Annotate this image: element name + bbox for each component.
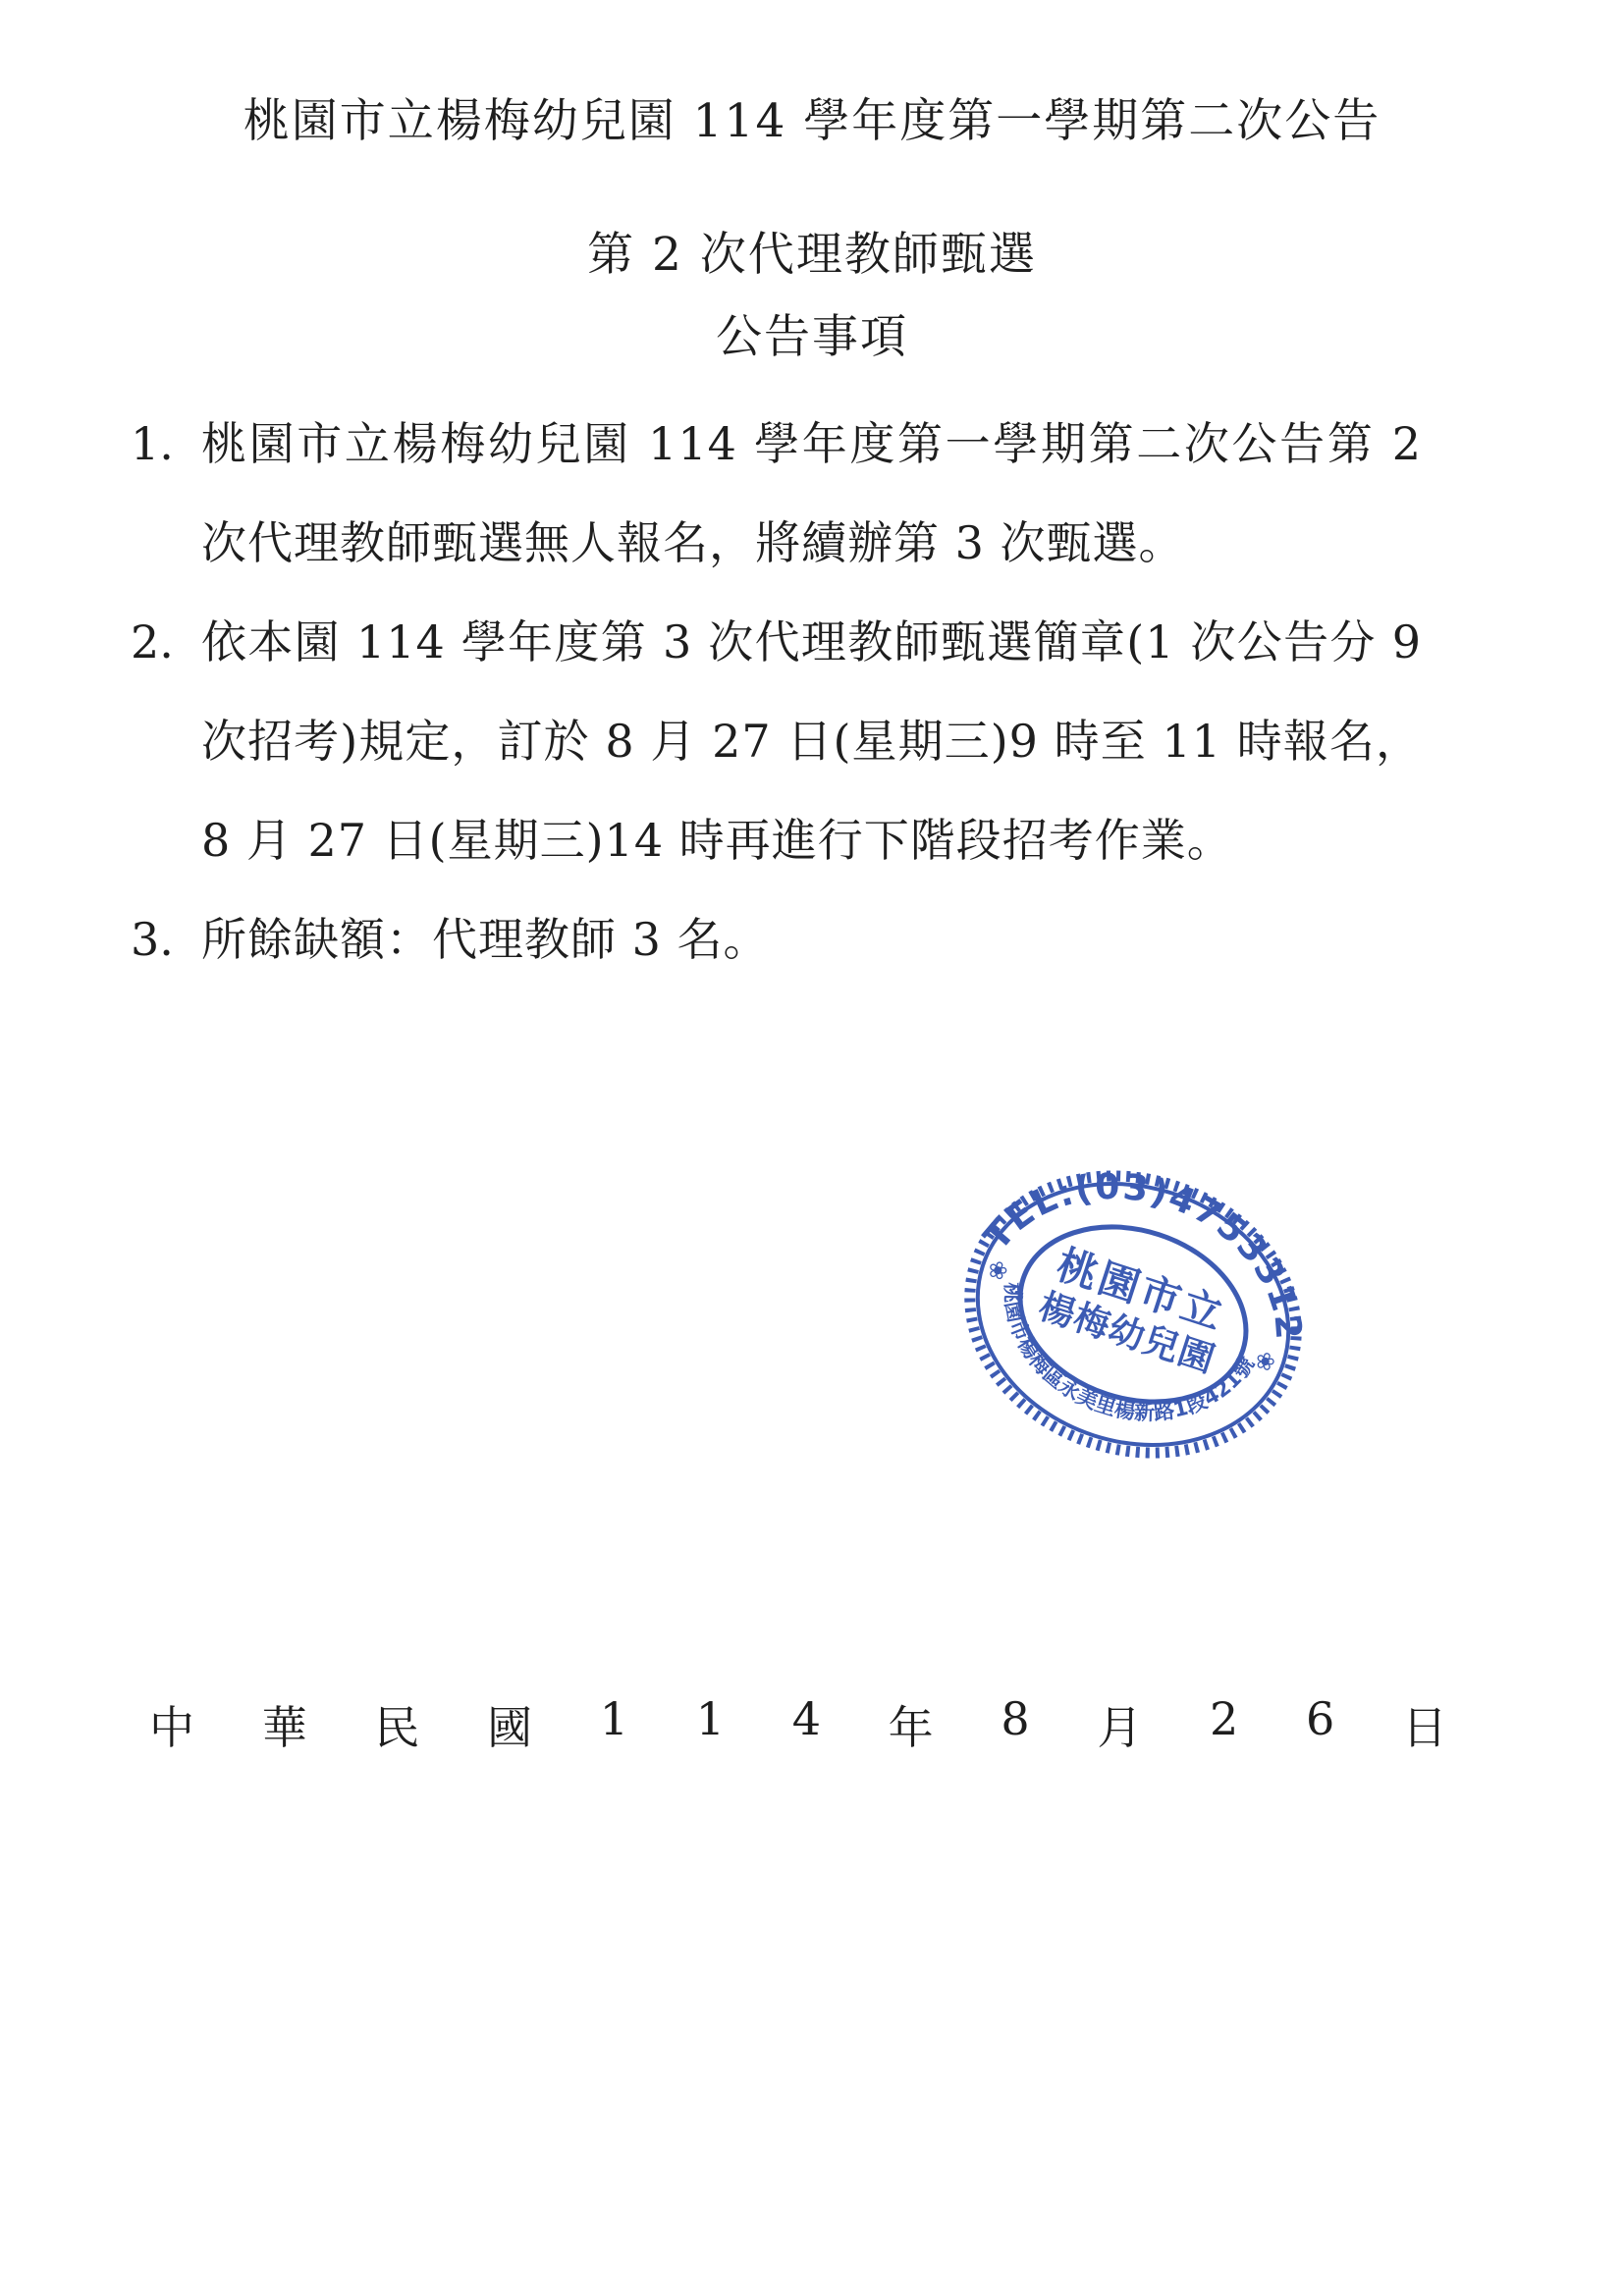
item-number: 3. [131, 890, 201, 989]
date-char: 月 [1097, 1692, 1142, 1757]
date-char: 4 [792, 1692, 821, 1757]
date-char: 1 [696, 1692, 725, 1757]
document-title-line1: 桃園市立楊梅幼兒園 114 學年度第一學期第二次公告 [0, 84, 1624, 150]
date-char: 國 [487, 1692, 532, 1757]
item-text: 依本園 114 學年度第 3 次代理教師甄選簡章(1 次公告分 9 次招考)規定… [201, 593, 1422, 890]
date-char: 日 [1402, 1692, 1447, 1757]
date-char: 1 [600, 1692, 628, 1757]
document-page: 桃園市立楊梅幼兒園 114 學年度第一學期第二次公告 第 2 次代理教師甄選 公… [0, 0, 1624, 2296]
date-char: 華 [262, 1692, 307, 1757]
list-item: 2. 依本園 114 學年度第 3 次代理教師甄選簡章(1 次公告分 9 次招考… [131, 593, 1422, 890]
date-char: 2 [1210, 1692, 1238, 1757]
item-number: 2. [131, 593, 201, 692]
list-item: 3. 所餘缺額：代理教師 3 名。 [131, 890, 1422, 989]
date-char: 中 [149, 1692, 194, 1757]
document-title-line2: 第 2 次代理教師甄選 [0, 218, 1624, 284]
stamp-graphic: TEL:(03)4753312 桃園市楊梅區永美里楊新路1段421號 桃園市立 … [918, 1118, 1348, 1510]
date-char: 6 [1306, 1692, 1334, 1757]
item-text: 桃園市立楊梅幼兒園 114 學年度第一學期第二次公告第 2 次代理教師甄選無人報… [201, 395, 1422, 593]
announcement-items: 1. 桃園市立楊梅幼兒園 114 學年度第一學期第二次公告第 2 次代理教師甄選… [131, 395, 1422, 989]
flower-rosette-icon: ❀ [1252, 1346, 1279, 1378]
item-number: 1. [131, 395, 201, 494]
section-heading: 公告事項 [0, 300, 1624, 366]
list-item: 1. 桃園市立楊梅幼兒園 114 學年度第一學期第二次公告第 2 次代理教師甄選… [131, 395, 1422, 593]
item-text: 所餘缺額：代理教師 3 名。 [201, 890, 1422, 989]
date-char: 8 [1001, 1692, 1029, 1757]
flower-rosette-icon: ❀ [984, 1255, 1011, 1287]
date-char: 年 [889, 1692, 934, 1757]
date-line: 中 華 民 國 1 1 4 年 8 月 2 6 日 [149, 1692, 1447, 1757]
official-seal-stamp: TEL:(03)4753312 桃園市楊梅區永美里楊新路1段421號 桃園市立 … [918, 1118, 1348, 1510]
date-char: 民 [374, 1692, 419, 1757]
